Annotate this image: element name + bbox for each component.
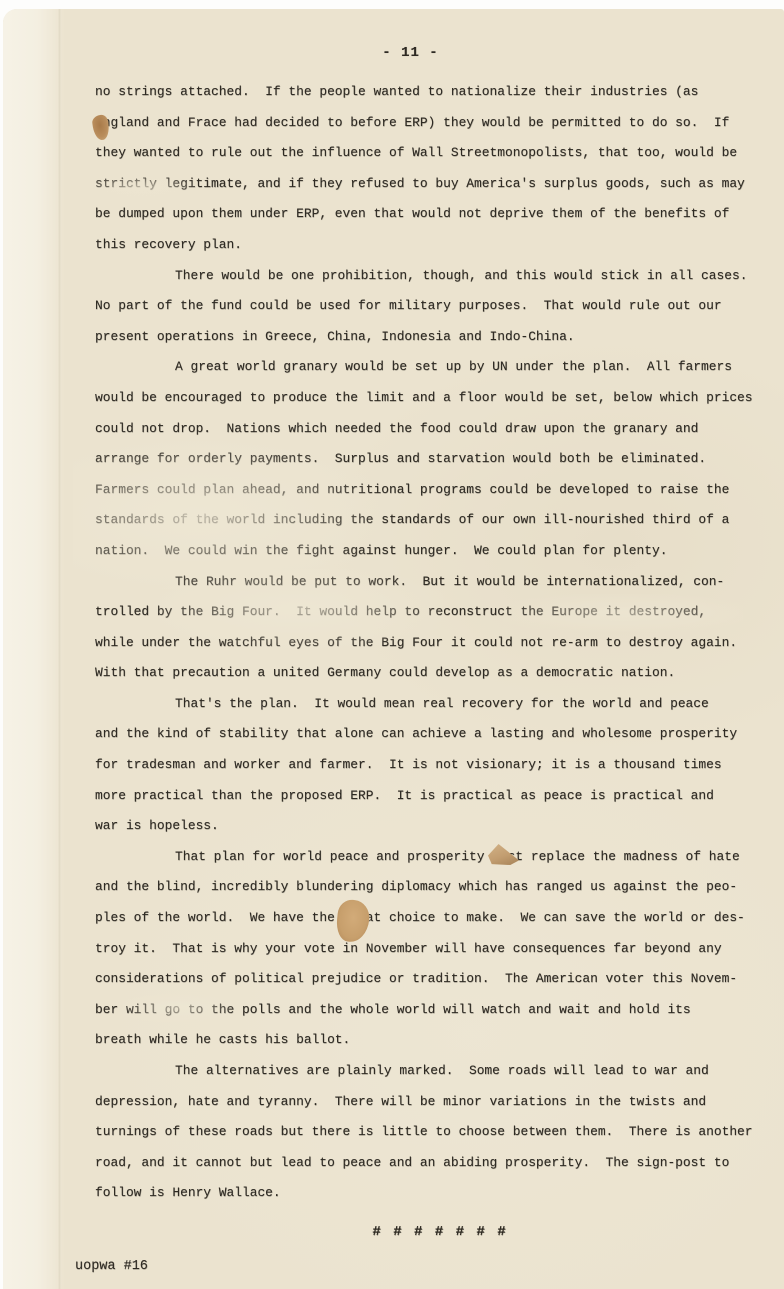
text-line: trolled by the Big Four. It would help t… [95, 597, 767, 628]
text-line: considerations of political prejudice or… [95, 964, 767, 995]
text-line: for tradesman and worker and farmer. It … [95, 750, 767, 781]
text-line: road, and it cannot but lead to peace an… [95, 1148, 767, 1179]
page-left-edge [3, 9, 65, 1289]
text-line: A great world granary would be set up by… [95, 352, 767, 383]
text-line: The Ruhr would be put to work. But it wo… [95, 567, 767, 598]
text-line: war is hopeless. [95, 811, 767, 842]
footer-label: uopwa #16 [75, 1259, 148, 1274]
text-line: breath while he casts his ballot. [95, 1025, 767, 1056]
text-line: depression, hate and tyranny. There will… [95, 1087, 767, 1118]
text-line: be dumped upon them under ERP, even that… [95, 199, 767, 230]
text-line: no strings attached. If the people wante… [95, 77, 767, 108]
text-line: ples of the world. We have the great cho… [95, 903, 767, 934]
text-line: they wanted to rule out the influence of… [95, 138, 767, 169]
text-line: There would be one prohibition, though, … [95, 261, 767, 292]
text-line: No part of the fund could be used for mi… [95, 291, 767, 322]
text-line: would be encouraged to produce the limit… [95, 383, 767, 414]
text-line: Farmers could plan ahead, and nutritiona… [95, 475, 767, 506]
text-line: troy it. That is why your vote in Novemb… [95, 934, 767, 965]
text-line: and the kind of stability that alone can… [95, 719, 767, 750]
text-line: standards of the world including the sta… [95, 505, 767, 536]
page-number: - 11 - [3, 45, 784, 61]
text-line: strictly legitimate, and if they refused… [95, 169, 767, 200]
text-line: could not drop. Nations which needed the… [95, 414, 767, 445]
end-marks-line: # # # # # # # [95, 1224, 747, 1240]
text-line: The alternatives are plainly marked. Som… [95, 1056, 767, 1087]
text-line: England and Frace had decided to before … [95, 108, 767, 139]
text-line: turnings of these roads but there is lit… [95, 1117, 767, 1148]
text-line: With that precaution a united Germany co… [95, 658, 767, 689]
text-line: present operations in Greece, China, Ind… [95, 322, 767, 353]
text-line: more practical than the proposed ERP. It… [95, 781, 767, 812]
text-line: while under the watchful eyes of the Big… [95, 628, 767, 659]
fold-line [58, 9, 61, 1289]
text-line: ber will go to the polls and the whole w… [95, 995, 767, 1026]
text-line: and the blind, incredibly blundering dip… [95, 872, 767, 903]
text-line: arrange for orderly payments. Surplus an… [95, 444, 767, 475]
document-body: no strings attached. If the people wante… [95, 77, 767, 1209]
text-line: nation. We could win the fight against h… [95, 536, 767, 567]
text-line: this recovery plan. [95, 230, 767, 261]
text-line: follow is Henry Wallace. [95, 1178, 767, 1209]
text-line: That plan for world peace and prosperity… [95, 842, 767, 873]
scanned-page: - 11 - no strings attached. If the peopl… [3, 9, 784, 1289]
text-line: That's the plan. It would mean real reco… [95, 689, 767, 720]
